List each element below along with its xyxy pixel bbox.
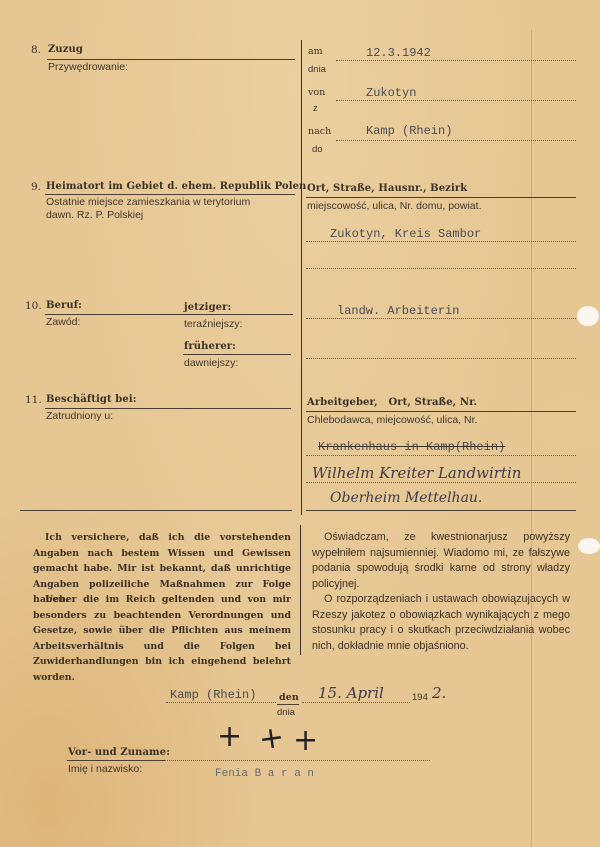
declaration-de-2: Ueber die im Reich geltenden und von mir… bbox=[33, 592, 291, 685]
typed-name: Fenia B a r a n bbox=[215, 768, 314, 780]
name-field-line bbox=[165, 760, 430, 761]
section9-label-de: Heimatort im Gebiet d. ehem. Republik Po… bbox=[46, 181, 306, 192]
section9-label-pl-1: Ostatnie miejsce zamieszkania w terytori… bbox=[46, 196, 250, 208]
address-value: Zukotyn, Kreis Sambor bbox=[330, 227, 481, 241]
declaration-pl-2: O rozporządzeniach i ustawach obowiązuja… bbox=[312, 592, 570, 654]
section11-bottom-rule-right bbox=[306, 510, 576, 511]
section9-rule bbox=[45, 194, 295, 195]
date-field-line bbox=[336, 60, 576, 61]
date-value: 12.3.1942 bbox=[366, 46, 431, 60]
address-rule bbox=[306, 197, 576, 198]
current-label-de: jetziger: bbox=[184, 302, 231, 313]
signature-cross-mark-3: + bbox=[293, 726, 318, 756]
employer-label-de: Arbeitgeber, Ort, Straße, Nr. bbox=[307, 397, 477, 408]
address-label-pl: miejscowość, ulica, Nr. domu, powiat. bbox=[307, 200, 481, 212]
section8-label-de: Zuzug bbox=[48, 44, 83, 55]
signature-date-label-de: den bbox=[279, 692, 299, 703]
employer-field-line-2 bbox=[306, 482, 576, 483]
section11-bottom-rule-left bbox=[20, 510, 292, 511]
employer-rule bbox=[306, 411, 576, 412]
section8-number: 8. bbox=[31, 44, 41, 56]
current-occupation-line bbox=[306, 318, 576, 319]
date-label-de: am bbox=[308, 46, 323, 57]
former-rule bbox=[183, 354, 291, 355]
section10-label-pl: Zawód: bbox=[46, 316, 80, 328]
current-label-pl: teraźniejszy: bbox=[184, 318, 242, 330]
paper-stain bbox=[577, 306, 599, 326]
section11-rule bbox=[45, 408, 291, 409]
address-field-line-2 bbox=[306, 268, 576, 269]
signature-year-suffix: 2. bbox=[432, 684, 446, 702]
place-line bbox=[166, 702, 276, 703]
signature-date-label-pl: dnia bbox=[277, 707, 295, 718]
signature-cross-mark-1: + bbox=[217, 722, 242, 752]
date-label-pl: dnia bbox=[308, 64, 326, 75]
address-label-de: Ort, Straße, Hausnr., Bezirk bbox=[307, 183, 467, 194]
section11-number: 11. bbox=[25, 394, 42, 406]
section10-number: 10. bbox=[25, 300, 42, 312]
address-field-line-1 bbox=[306, 241, 576, 242]
current-occupation-value: landw. Arbeiterin bbox=[337, 304, 459, 318]
employer-handwritten-2: Oberheim Mettelhau. bbox=[330, 490, 482, 506]
to-label-de: nach bbox=[308, 126, 331, 137]
declaration-pl-1: Oświadczam, ze kwestnionarjusz powyższy … bbox=[312, 530, 570, 592]
section9-number: 9. bbox=[31, 181, 41, 193]
section10-label-de: Beruf: bbox=[46, 300, 82, 311]
name-label-rule bbox=[67, 760, 165, 761]
to-label-pl: do bbox=[312, 144, 323, 155]
date-label-rule bbox=[277, 704, 299, 705]
employer-handwritten-1: Wilhelm Kreiter Landwirtin bbox=[312, 464, 521, 482]
section8-rule bbox=[47, 59, 295, 60]
column-divider-bottom bbox=[300, 525, 301, 655]
to-field-line bbox=[336, 140, 576, 141]
from-field-line bbox=[336, 100, 576, 101]
signature-place: Kamp (Rhein) bbox=[170, 688, 256, 702]
to-value: Kamp (Rhein) bbox=[366, 124, 452, 138]
former-occupation-line bbox=[306, 358, 576, 359]
former-label-pl: dawniejszy: bbox=[184, 357, 238, 369]
paper-fold bbox=[531, 30, 532, 847]
section11-label-de: Beschäftigt bei: bbox=[46, 394, 137, 405]
employer-label-pl: Chlebodawca, miejcowość, ulica, Nr. bbox=[307, 414, 477, 426]
section10-rule bbox=[45, 314, 293, 315]
signature-cross-mark-2: + bbox=[257, 722, 286, 755]
from-label-pl: z bbox=[313, 103, 318, 114]
name-label-pl: Imię i nazwisko: bbox=[68, 763, 142, 775]
paper-stain bbox=[578, 538, 600, 554]
name-label-de: Vor- und Zuname: bbox=[68, 747, 170, 758]
signature-date-handwritten: 15. April bbox=[318, 684, 384, 702]
date-handwritten-line bbox=[302, 702, 410, 703]
column-divider bbox=[301, 40, 302, 515]
section9-label-pl-2: dawn. Rz. P. Polskiej bbox=[46, 209, 143, 221]
employer-field-line-1 bbox=[306, 455, 576, 456]
signature-year-prefix: 194 bbox=[412, 692, 428, 703]
former-label-de: früherer: bbox=[184, 341, 236, 352]
from-value: Zukotyn bbox=[366, 86, 416, 100]
employer-value-struck: Krankenhaus in Kamp(Rhein) bbox=[318, 440, 505, 454]
section8-label-pl: Przywędrowanie: bbox=[48, 61, 128, 73]
section11-label-pl: Zatrudniony u: bbox=[46, 410, 113, 422]
from-label-de: von bbox=[308, 87, 325, 98]
document-paper bbox=[0, 0, 600, 847]
